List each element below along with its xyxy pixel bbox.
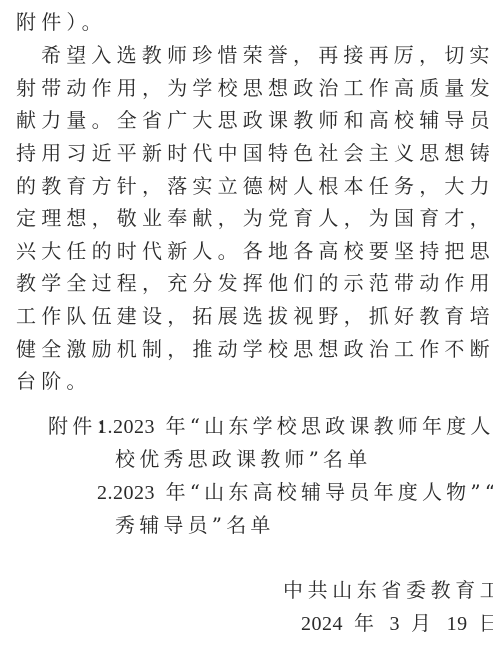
attachment-item-1: 1.2023 年“山东学校思政课教师年度人物”“山东学 (97, 412, 493, 440)
paragraph-line: 献力量。全省广大思政课教师和高校辅导员要以他们为榜样，坚 (16, 106, 493, 134)
attachment-year: 2023 (113, 416, 155, 438)
paragraph-line: 定理想，敬业奉献，为党育人，为国育才，培养更多担当民族复 (16, 204, 493, 232)
paragraph-line: 健全激励机制，推动学校思想政治工作不断开创新局面、迈上新 (16, 335, 493, 363)
paragraph-line: 兴大任的时代新人。各地各高校要坚持把思想政治工作贯穿教育 (16, 237, 493, 265)
attachment-title: 年“山东高校辅导员年度人物”“山东高校优 (166, 480, 493, 504)
attachment-item-1-continued: 校优秀思政课教师”名单 (115, 445, 371, 473)
paragraph-line: 的教育方针，落实立德树人根本任务，大力弘扬教育家精神，坚 (16, 172, 493, 200)
attachment-title: 年“山东学校思政课教师年度人物”“山东学 (166, 414, 493, 438)
paragraph-line: 附件）。 (16, 8, 107, 36)
paragraph-line: 射带动作用，为学校思想政治工作高质量发展、教育强省建设贡 (16, 74, 493, 102)
paragraph-line: 持用习近平新时代中国特色社会主义思想铸魂育人，全面贯彻党 (16, 139, 493, 167)
attachment-item-2: 2.2023 年“山东高校辅导员年度人物”“山东高校优 (97, 478, 493, 506)
signing-date: 2024 年 3 月 19 日 (301, 609, 493, 637)
attachment-number: 1. (97, 416, 113, 438)
attachment-year: 2023 (113, 482, 155, 504)
paragraph-line: 工作队伍建设，拓展选拔视野，抓好教育培训，强化实践锻炼， (16, 302, 493, 330)
attachment-item-2-continued: 秀辅导员”名单 (115, 511, 275, 539)
paragraph-line: 台阶。 (16, 367, 92, 395)
paragraph-line: 教学全过程，充分发挥他们的示范带动作用，全面加强思想政治 (16, 269, 493, 297)
paragraph-line: 希望入选教师珍惜荣誉，再接再厉，切实发挥示范引领和辐 (41, 41, 493, 69)
signing-organization: 中共山东省委教育工委 (283, 576, 493, 604)
attachment-number: 2. (97, 482, 113, 504)
